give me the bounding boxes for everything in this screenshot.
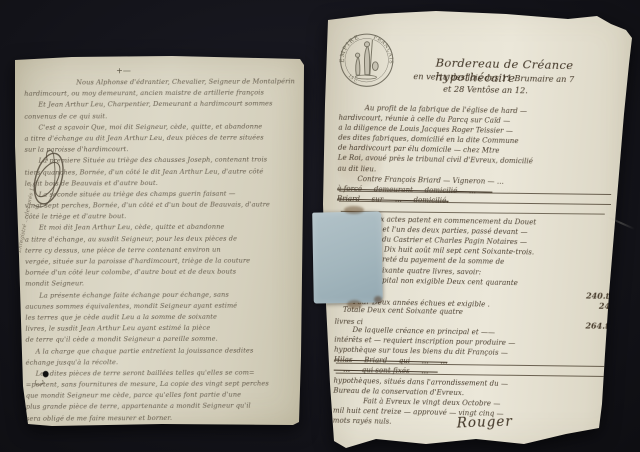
paper-mark — [35, 379, 44, 386]
document-subtitle-line2: et 28 Ventôse an 12. — [443, 84, 528, 96]
photo-of-documents: +— Enregistré … des prés 17.. Nous Alpho… — [0, 0, 640, 452]
left-manuscript-paper: +— Enregistré … des prés 17.. Nous Alpho… — [12, 56, 305, 426]
left-manuscript-document: +— Enregistré … des prés 17.. Nous Alpho… — [12, 56, 305, 426]
signature: Rouger — [457, 414, 514, 432]
paper-speck — [374, 296, 382, 303]
ink-cross-mark: +— — [116, 66, 131, 75]
handwriting-line: sera obligé de me faire mesurer et borne… — [26, 413, 297, 426]
tape-smudge — [344, 206, 364, 214]
empire-francais-stamp: EMPIRE FRANÇAIS 15 c. — [337, 31, 396, 90]
blue-card-overlay — [312, 211, 383, 303]
tape-smudge — [347, 300, 362, 309]
paper-hole — [43, 371, 49, 378]
svg-text:FRANÇAIS: FRANÇAIS — [372, 34, 394, 64]
handwritten-text-block: Nous Alphonse d'édrantier, Chevalier, Se… — [24, 77, 297, 425]
stamp-figure-icon — [355, 40, 379, 80]
